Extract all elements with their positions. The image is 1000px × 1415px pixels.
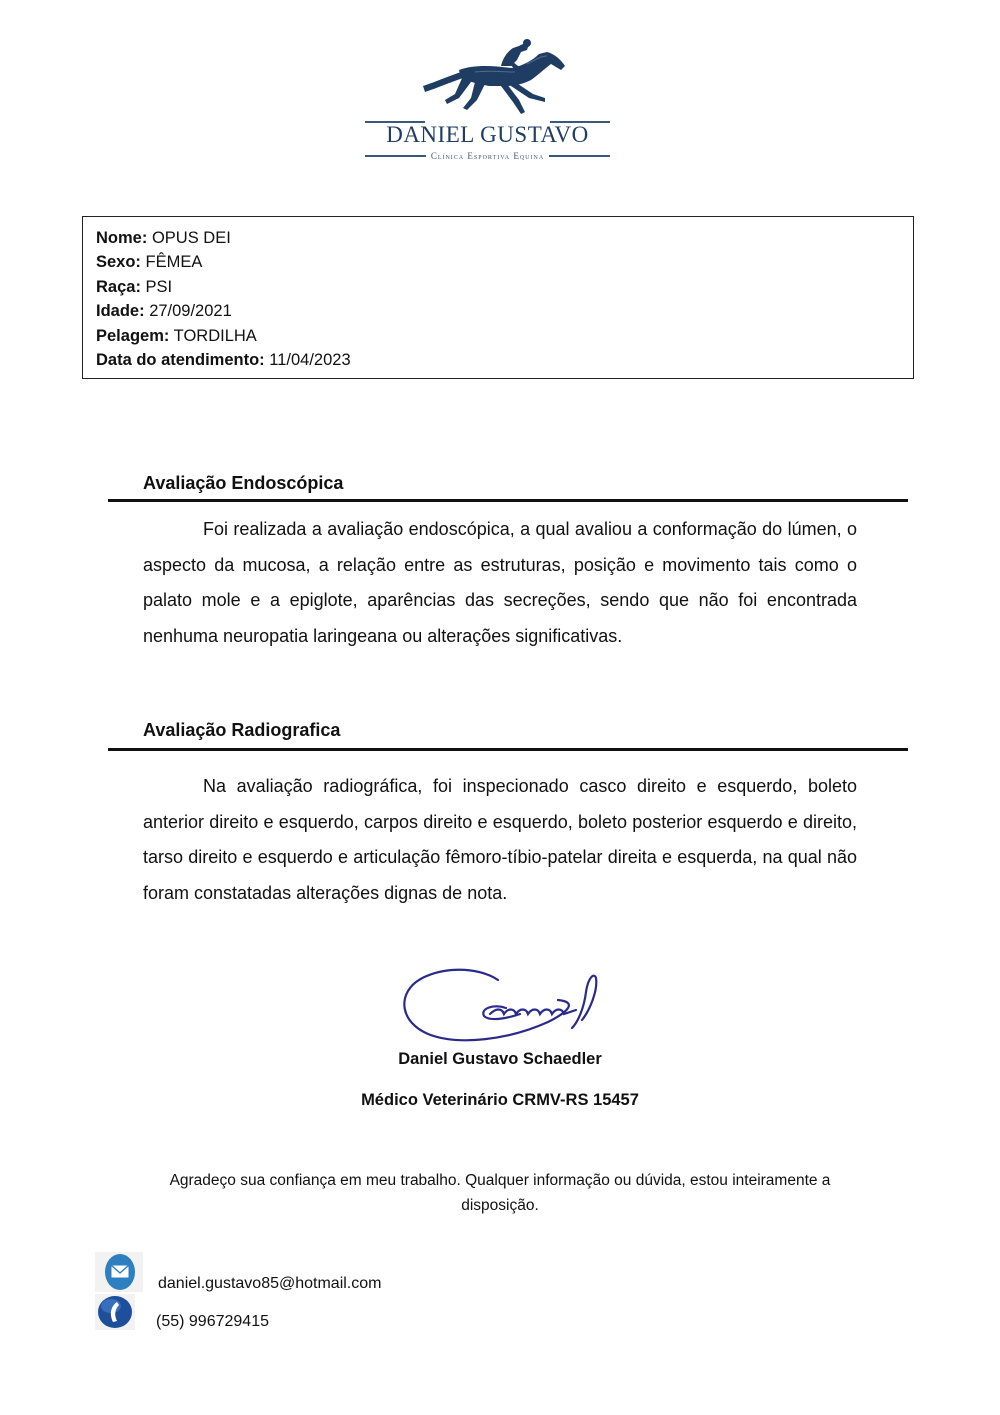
patient-name: OPUS DEI [152,229,231,247]
patient-age-row: Idade: 27/09/2021 [96,299,913,323]
signer-name: Daniel Gustavo Schaedler [0,1050,1000,1069]
phone-icon [95,1294,135,1330]
clinic-logo: DANIEL GUSTAVO Clínica Esportiva Equina [365,38,610,158]
handwritten-signature-icon [398,960,608,1045]
patient-coat: TORDILHA [174,327,257,345]
patient-info-box: Nome: OPUS DEI Sexo: FÊMEA Raça: PSI Ida… [82,216,914,379]
patient-breed-row: Raça: PSI [96,275,913,299]
contact-email[interactable]: daniel.gustavo85@hotmail.com [158,1275,381,1293]
section-body-endoscopy: Foi realizada a avaliação endoscópica, a… [143,512,857,654]
field-label: Pelagem: [96,327,169,345]
appointment-date-row: Data do atendimento: 11/04/2023 [96,348,913,372]
subtitle-rule-left [365,155,426,157]
field-label: Idade: [96,302,145,320]
patient-sex: FÊMEA [146,253,203,271]
clinic-subtitle: Clínica Esportiva Equina [426,151,549,161]
subtitle-rule-right [549,155,610,157]
patient-coat-row: Pelagem: TORDILHA [96,324,913,348]
field-label: Nome: [96,229,147,247]
document-page: DANIEL GUSTAVO Clínica Esportiva Equina … [0,0,1000,1415]
patient-breed: PSI [146,278,173,296]
patient-name-row: Nome: OPUS DEI [96,226,913,250]
field-label: Sexo: [96,253,141,271]
clinic-subtitle-row: Clínica Esportiva Equina [365,150,610,162]
signer-title: Médico Veterinário CRMV-RS 15457 [0,1091,1000,1110]
section-divider [108,499,908,502]
thank-you-note: Agradeço sua confiança em meu trabalho. … [130,1168,870,1218]
appointment-date: 11/04/2023 [269,351,350,369]
section-title-endoscopy: Avaliação Endoscópica [143,473,343,494]
envelope-icon [95,1252,143,1292]
contact-phone[interactable]: (55) 996729415 [156,1313,269,1331]
section-body-radiography: Na avaliação radiográfica, foi inspecion… [143,769,857,911]
racehorse-jockey-icon [415,38,575,118]
field-label: Data do atendimento: [96,351,265,369]
clinic-name: DANIEL GUSTAVO [365,122,610,148]
field-label: Raça: [96,278,141,296]
patient-age: 27/09/2021 [149,302,232,320]
section-divider [108,748,908,751]
section-title-radiography: Avaliação Radiografica [143,720,340,741]
patient-sex-row: Sexo: FÊMEA [96,250,913,274]
